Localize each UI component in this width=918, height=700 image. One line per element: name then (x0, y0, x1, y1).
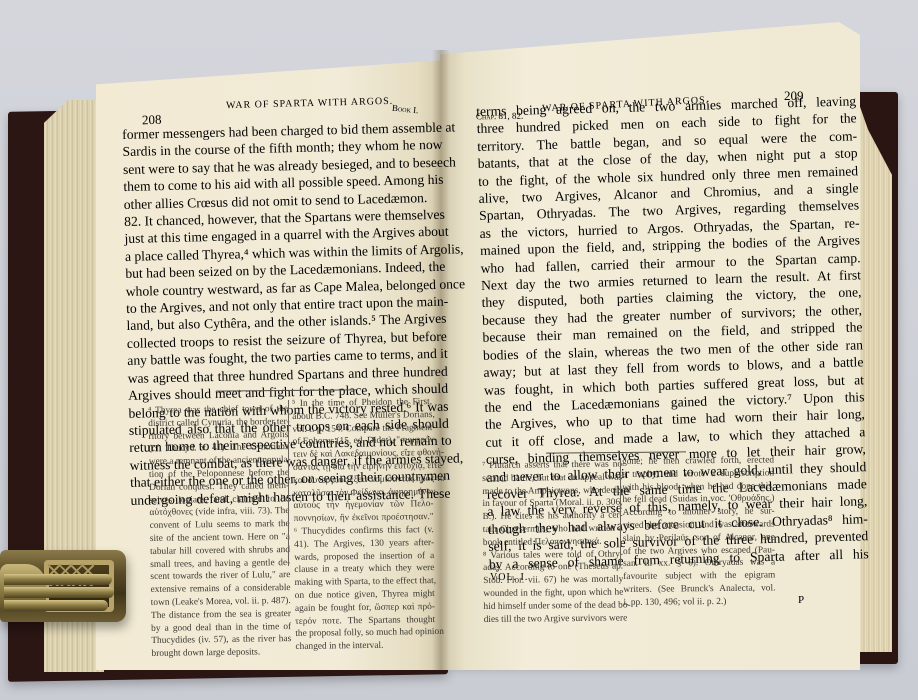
footnote-line: the proposal folly, so much had opinion (295, 626, 435, 641)
signature-mark: P (798, 594, 804, 606)
left-footnotes-col1: ⁴ Thyrea was the chief town of the distr… (148, 403, 292, 661)
bookstand-finger (4, 587, 114, 598)
footnote-column-divider (620, 458, 621, 566)
brass-hand-bookstand (0, 550, 126, 622)
bookstand-finger (4, 574, 112, 585)
left-footnotes-col2: ⁵ In the time of Pheidon the First, abou… (292, 396, 436, 654)
footnote-line: changed in the interval. (295, 639, 435, 654)
footnote-line: tain Chrysermus, who had written a (483, 523, 623, 537)
footnote-line: ⁷ Plutarch asserts that there was no (482, 459, 622, 473)
footnote-column-divider (288, 400, 289, 566)
right-footnotes-col1: ⁷ Plutarch asserts that there was no sec… (482, 459, 624, 627)
footnote-line: vived the occasion, and was afterwards (623, 518, 775, 532)
right-footnotes-col2: gone; he then crawled forth, erected a t… (622, 454, 776, 609)
footnote-line: writers. (See Brunck's Analecta, vol. (623, 582, 775, 596)
footnote-line: slain by Perilaüs, son of Alcanor, one (623, 531, 775, 545)
footnote-line: wounded in the fight, upon which he (483, 586, 623, 600)
photo-scene: 208 WAR OF SPARTA WITH ARGOS. Book I. fo… (0, 0, 918, 700)
footnote-line: second battle, but that an appeal was (482, 471, 622, 485)
footnote-line: hid himself under some of the dead bo- (483, 599, 623, 613)
footnote-line: Thucydides (iv. 57), as the river has (151, 633, 291, 648)
footnote-line: brought down large deposits. (151, 646, 291, 661)
footnote-line: a trophy, and wrote a superscription (622, 467, 774, 481)
footnote-line: i. pp. 130, 496; vol ii. p. 2.) (623, 595, 775, 609)
bookstand-finger (4, 600, 108, 611)
volume-mark: VOL. I. (490, 572, 528, 583)
footnote-line: dies till the two Argive survivors were (484, 612, 624, 626)
